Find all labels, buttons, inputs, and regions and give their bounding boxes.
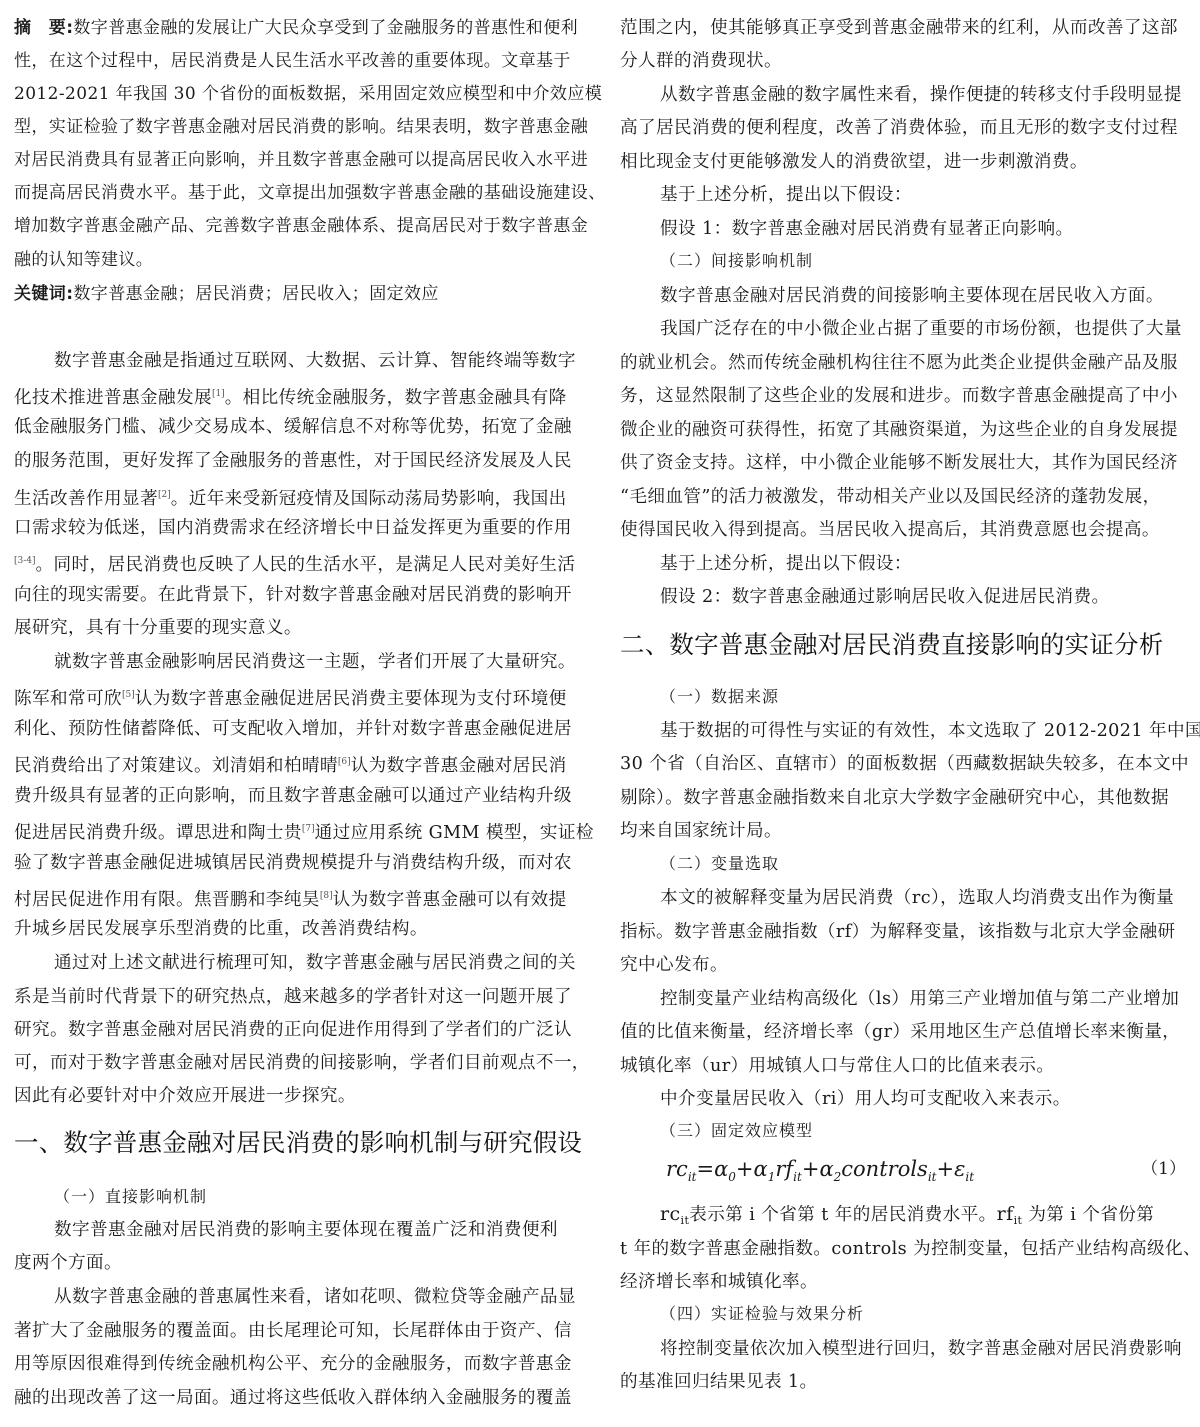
abstract-line: 摘 要:数字普惠金融的发展让广大民众享受到了金融服务的普惠性和便利 bbox=[14, 17, 578, 39]
paragraph-line: 数字普惠金融是指通过互联网、大数据、云计算、智能终端等数字 bbox=[54, 350, 576, 372]
paragraph-line: 均来自国家统计局。 bbox=[620, 820, 782, 842]
paragraph-line: 利化、预防性储蓄降低、可支配收入增加，并针对数字普惠金融促进居 bbox=[14, 718, 572, 740]
paragraph-line: 生活改善作用显著[2]。近年来受新冠疫情及国际动荡局势影响，我国出 bbox=[14, 484, 567, 510]
paragraph-line: 通过对上述文献进行梳理可知，数字普惠金融与居民消费之间的关 bbox=[54, 952, 576, 974]
paragraph-line: 分人群的消费现状。 bbox=[620, 50, 782, 72]
citation-ref[interactable]: [8] bbox=[320, 891, 333, 901]
keywords-text: 数字普惠金融；居民消费；居民收入；固定效应 bbox=[73, 284, 438, 304]
paragraph-line: 使得国民收入得到提高。当居民收入提高后，其消费意愿也会提高。 bbox=[620, 519, 1160, 541]
paragraph-line: 用等原因很难得到传统金融机构公平、充分的金融服务，而数字普惠金 bbox=[14, 1353, 572, 1375]
paragraph-line: 务，这显然限制了这些企业的发展和进步。而数字普惠金融提高了中小 bbox=[620, 385, 1178, 407]
paragraph-line: 本文的被解释变量为居民消费（rc），选取人均消费支出作为衡量 bbox=[660, 887, 1174, 909]
abstract-line: 对居民消费具有显著正向影响，并且数字普惠金融可以提高居民收入水平进 bbox=[14, 149, 588, 171]
citation-ref[interactable]: [2] bbox=[158, 490, 171, 500]
paragraph-line: [3-4]。同时，居民消费也反映了人民的生活水平，是满足人民对美好生活 bbox=[14, 550, 575, 576]
paragraph-line: 究中心发布。 bbox=[620, 954, 728, 976]
paragraph-line: 民消费给出了对策建议。刘清娟和柏晴晴[6]认为数字普惠金融对居民消 bbox=[14, 751, 567, 777]
paragraph-line: 基于数据的可得性与实证的有效性，本文选取了 2012-2021 年中国 bbox=[660, 720, 1200, 742]
equation-number: （1） bbox=[1141, 1155, 1186, 1183]
paragraph-line: 我国广泛存在的中小微企业占据了重要的市场份额，也提供了大量 bbox=[660, 318, 1182, 340]
paragraph-line: 的服务范围，更好发挥了金融服务的普惠性，对于国民经济发展及人民 bbox=[14, 450, 572, 472]
citation-ref[interactable]: [6] bbox=[338, 757, 351, 767]
paragraph-line: 的基准回归结果见表 1。 bbox=[620, 1371, 818, 1393]
paragraph-line: 系是当前时代背景下的研究热点，越来越多的学者针对这一问题开展了 bbox=[14, 986, 572, 1008]
paragraph-line: 升城乡居民发展享乐型消费的比重，改善消费结构。 bbox=[14, 918, 428, 940]
paragraph-line: 陈军和常可欣[5]认为数字普惠金融促进居民消费主要体现为支付环境便 bbox=[14, 684, 567, 710]
paragraph-line: rcit表示第 i 个省第 t 年的居民消费水平。rfit 为第 i 个省份第 bbox=[660, 1203, 1154, 1232]
paragraph-line: 城镇化率（ur）用城镇人口与常住人口的比值来表示。 bbox=[620, 1055, 1054, 1077]
paragraph-line: 的就业机会。然而传统金融机构往往不愿为此类企业提供金融产品及服 bbox=[620, 352, 1178, 374]
subsection-heading: （二）间接影响机制 bbox=[660, 250, 813, 272]
paragraph-line: 就数字普惠金融影响居民消费这一主题，学者们开展了大量研究。 bbox=[54, 651, 576, 673]
paragraph-line: 从数字普惠金融的数字属性来看，操作便捷的转移支付手段明显提 bbox=[660, 84, 1182, 106]
paragraph-line: 供了资金支持。这样，中小微企业能够不断发展壮大，其作为国民经济 bbox=[620, 452, 1178, 474]
paragraph-line: 度两个方面。 bbox=[14, 1252, 122, 1274]
paragraph-line: 数字普惠金融对居民消费的影响主要体现在覆盖广泛和消费便利 bbox=[54, 1219, 558, 1241]
paragraph-line: 可，而对于数字普惠金融对居民消费的间接影响，学者们目前观点不一， bbox=[14, 1052, 590, 1074]
abstract-line: 融的认知等建议。 bbox=[14, 249, 153, 271]
keywords: 关键词:数字普惠金融；居民消费；居民收入；固定效应 bbox=[14, 283, 439, 305]
abstract-line: 性，在这个过程中，居民消费是人民生活水平改善的重要体现。文章基于 bbox=[14, 50, 571, 72]
paragraph-line: 从数字普惠金融的普惠属性来看，诸如花呗、微粒贷等金融产品显 bbox=[54, 1286, 576, 1308]
citation-ref[interactable]: [1] bbox=[212, 389, 225, 399]
abstract-line: 而提高居民消费水平。基于此，文章提出加强数字普惠金融的基础设施建设、 bbox=[14, 182, 606, 204]
paragraph-line: 融的出现改善了这一局面。通过将这些低收入群体纳入金融服务的覆盖 bbox=[14, 1387, 572, 1409]
paragraph-line: 指标。数字普惠金融指数（rf）为解释变量，该指数与北京大学金融研 bbox=[620, 921, 1176, 943]
paragraph-line: 高了居民消费的便利程度，改善了消费体验，而且无形的数字支付过程 bbox=[620, 117, 1178, 139]
paragraph-line: 将控制变量依次加入模型进行回归，数字普惠金融对居民消费影响 bbox=[660, 1338, 1182, 1360]
paragraph-line: 数字普惠金融对居民消费的间接影响主要体现在居民收入方面。 bbox=[660, 285, 1164, 307]
subsection-heading: （二）变量选取 bbox=[660, 853, 779, 875]
subsection-heading: （三）固定效应模型 bbox=[660, 1120, 813, 1142]
keywords-label: 关键词: bbox=[14, 284, 73, 304]
section-heading: 一、数字普惠金融对居民消费的影响机制与研究假设 bbox=[14, 1128, 582, 1158]
paragraph-line: t 年的数字普惠金融指数。controls 为控制变量，包括产业结构高级化、 bbox=[620, 1238, 1200, 1260]
paragraph-line: 低金融服务门槛、减少交易成本、缓解信息不对称等优势，拓宽了金融 bbox=[14, 416, 572, 438]
paragraph-line: “毛细血管”的活力被激发，带动相关产业以及国民经济的蓬勃发展， bbox=[620, 486, 1161, 508]
subsection-heading: （一）数据来源 bbox=[660, 686, 779, 708]
regression-formula: rcit=α0+α1rfit+α2controlsit+εit bbox=[666, 1155, 974, 1191]
paragraph-line: 研究。数字普惠金融对居民消费的正向促进作用得到了学者们的广泛认 bbox=[14, 1019, 572, 1041]
paragraph-line: 因此有必要针对中介效应开展进一步探究。 bbox=[14, 1085, 356, 1107]
section-heading: 二、数字普惠金融对居民消费直接影响的实证分析 bbox=[620, 630, 1163, 660]
paragraph-line: 值的比值来衡量，经济增长率（gr）采用地区生产总值增长率来衡量， bbox=[620, 1021, 1180, 1043]
paragraph-line: 基于上述分析，提出以下假设： bbox=[660, 184, 912, 206]
abstract-line: 2012-2021 年我国 30 个省份的面板数据，采用固定效应模型和中介效应模 bbox=[14, 83, 602, 105]
paragraph-line: 著扩大了金融服务的覆盖面。由长尾理论可知，长尾群体由于资产、信 bbox=[14, 1320, 572, 1342]
citation-ref[interactable]: [3-4] bbox=[14, 556, 36, 566]
paragraph-line: 化技术推进普惠金融发展[1]。相比传统金融服务，数字普惠金融具有降 bbox=[14, 383, 567, 409]
paragraph-line: 30 个省（自治区、直辖市）的面板数据（西藏数据缺失较多，在本文中 bbox=[620, 753, 1189, 775]
abstract-line: 型，实证检验了数字普惠金融对居民消费的影响。结果表明，数字普惠金融 bbox=[14, 116, 588, 138]
paragraph-line: 向往的现实需要。在此背景下，针对数字普惠金融对居民消费的影响开 bbox=[14, 584, 572, 606]
paragraph-line: 微企业的融资可获得性，拓宽了其融资渠道，为这些企业的自身发展提 bbox=[620, 419, 1178, 441]
paragraph-line: 口需求较为低迷，国内消费需求在经济增长中日益发挥更为重要的作用 bbox=[14, 517, 572, 539]
abstract-line: 增加数字普惠金融产品、完善数字普惠金融体系、提高居民对于数字普惠金 bbox=[14, 215, 588, 237]
citation-ref[interactable]: [7] bbox=[302, 824, 315, 834]
subsection-heading: （一）直接影响机制 bbox=[54, 1186, 207, 1208]
citation-ref[interactable]: [5] bbox=[122, 690, 135, 700]
paragraph-line: 经济增长率和城镇化率。 bbox=[620, 1271, 818, 1293]
paragraph-line: 村居民促进作用有限。焦晋鹏和李纯昊[8]认为数字普惠金融可以有效提 bbox=[14, 885, 567, 911]
paragraph-line: 控制变量产业结构高级化（ls）用第三产业增加值与第二产业增加 bbox=[660, 988, 1179, 1010]
paragraph-line: 中介变量居民收入（ri）用人均可支配收入来表示。 bbox=[660, 1088, 1071, 1110]
paragraph-line: 费升级具有显著的正向影响，而且数字普惠金融可以通过产业结构升级 bbox=[14, 785, 572, 807]
hypothesis-1: 假设 1：数字普惠金融对居民消费有显著正向影响。 bbox=[660, 218, 1073, 240]
paragraph-line: 促进居民消费升级。谭思进和陶士贵[7]通过应用系统 GMM 模型，实证检 bbox=[14, 818, 594, 844]
paragraph-line: 基于上述分析，提出以下假设： bbox=[660, 553, 912, 575]
paragraph-line: 剔除）。数字普惠金融指数来自北京大学数字金融研究中心，其他数据 bbox=[620, 787, 1169, 809]
subsection-heading: （四）实证检验与效果分析 bbox=[660, 1303, 864, 1325]
paragraph-line: 展研究，具有十分重要的现实意义。 bbox=[14, 617, 302, 639]
hypothesis-2: 假设 2：数字普惠金融通过影响居民收入促进居民消费。 bbox=[660, 586, 1109, 608]
paragraph-line: 相比现金支付更能够激发人的消费欲望，进一步刺激消费。 bbox=[620, 151, 1088, 173]
paragraph-line: 范围之内，使其能够真正享受到普惠金融带来的红利，从而改善了这部 bbox=[620, 17, 1178, 39]
abstract-label: 摘 要: bbox=[14, 18, 73, 38]
paragraph-line: 验了数字普惠金融促进城镇居民消费规模提升与消费结构升级，而对农 bbox=[14, 852, 572, 874]
